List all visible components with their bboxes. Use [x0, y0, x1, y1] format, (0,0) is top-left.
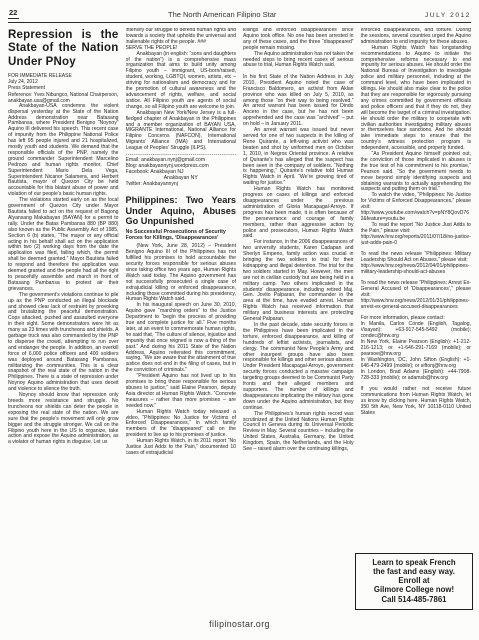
paragraph: Human Rights Watch today released a vide… [126, 410, 237, 440]
paragraph: To read the report “No Justice Just Adds… [361, 223, 472, 235]
column-1: Repression is the State of the Nation Un… [8, 28, 119, 588]
newspaper-page: 22 The North American Filipino Star JULY… [0, 0, 479, 640]
masthead: 22 The North American Filipino Star JULY… [8, 8, 471, 23]
paragraph: An arrest warrant was issued but never s… [243, 128, 354, 187]
paragraph: Human Rights Watch has monitored progres… [243, 187, 354, 240]
contact-line: Twitter: Anakbayannynj [126, 182, 237, 188]
paragraph: The Philippines’s human rights record wa… [243, 412, 354, 453]
newspaper-title: The North American Filipino Star [168, 10, 276, 19]
paragraph: enforced disappearances, and torture. Du… [361, 28, 472, 46]
ad-text-line: Gilmore College now! [358, 585, 470, 594]
ad-phone: Call 514-485-7861 [358, 595, 470, 604]
article-columns: Repression is the State of the Nation Un… [8, 28, 471, 588]
paragraph: The government’s violations continue to … [8, 293, 119, 393]
paragraph: (New York, June 28, 2012) – President Be… [126, 244, 237, 303]
paragraph: In his inaugural speech on June 30, 2010… [126, 303, 237, 374]
article-subhead: No Successful Prosecutions of Security F… [126, 229, 237, 242]
paragraph: Human Rights Watch has longstanding reco… [361, 46, 472, 152]
french-course-ad: Learn to speak French the fast and easy … [355, 553, 473, 610]
issue-date: JULY 2012 [425, 12, 471, 19]
paragraph: killings and enforced disappearances sin… [243, 28, 354, 52]
ad-text-line: Learn to speak French [358, 558, 470, 567]
column-4: enforced disappearances, and torture. Du… [361, 28, 472, 588]
paragraph: In Washington, DC, John Sifton (English)… [361, 358, 472, 370]
column-2: intensify our struggle to defend human r… [126, 28, 237, 588]
paragraph: Anakbayan (in english: “sons and daughte… [126, 52, 237, 111]
link-url: http://www.hrw.org/news/2012/01/31/phili… [361, 299, 472, 311]
paragraph: Anakbayan New York/New Jersey is a full-… [126, 111, 237, 152]
paragraph: Anakbayan-USA condemns the violent dispe… [8, 104, 119, 199]
article-headline: Philippines: Two Years Under Aquino, Abu… [126, 195, 237, 227]
ad-text-line: the fast and easy way. [358, 567, 470, 576]
paragraph: In his first State of the Nation Address… [243, 75, 354, 128]
article-headline: Repression is the State of the Nation Un… [8, 29, 119, 69]
paragraph: If you would rather not receive future c… [361, 387, 472, 417]
paragraph: “As President Aquino himself pointed out… [361, 152, 472, 193]
paragraph: In London, Brad Adams (English): +44-790… [361, 370, 472, 382]
press-release-meta: Reference: Yves Nibungco, National Chair… [8, 92, 119, 104]
ad-text-line: Enroll at [358, 576, 470, 585]
website-footer: filipinostar.org [0, 619, 479, 629]
paragraph: Human Rights Watch, in its 2011 report “… [126, 439, 237, 457]
paragraph: In the past decade, state security force… [243, 323, 354, 412]
paragraph: To watch the video, “Philippines: No Jus… [361, 193, 472, 211]
paragraph: intensify our struggle to defend human r… [126, 28, 237, 46]
paragraph: The violations started early on as the l… [8, 198, 119, 293]
paragraph: To read the news release “Philippines: A… [361, 281, 472, 299]
page-number: 22 [8, 8, 19, 19]
paragraph: For instance, in the 2006 disappearances… [243, 240, 354, 323]
link-url: http://www.hrw.org/news/2012/04/01/phili… [361, 264, 472, 276]
link-url: http://www.hrw.org/reports/2011/07/18/no… [361, 235, 472, 247]
paragraph: “President Aquino has not lived up to hi… [126, 374, 237, 409]
paragraph: In Manila, Carlos Conde (English, Tagalo… [361, 322, 472, 340]
paragraph: Noynoy should know that repression only … [8, 393, 119, 446]
paragraph: The Aquino administration has not taken … [243, 52, 354, 70]
paragraph: In New York, Elaine Pearson (English): +… [361, 340, 472, 358]
column-3: killings and enforced disappearances sin… [243, 28, 354, 588]
